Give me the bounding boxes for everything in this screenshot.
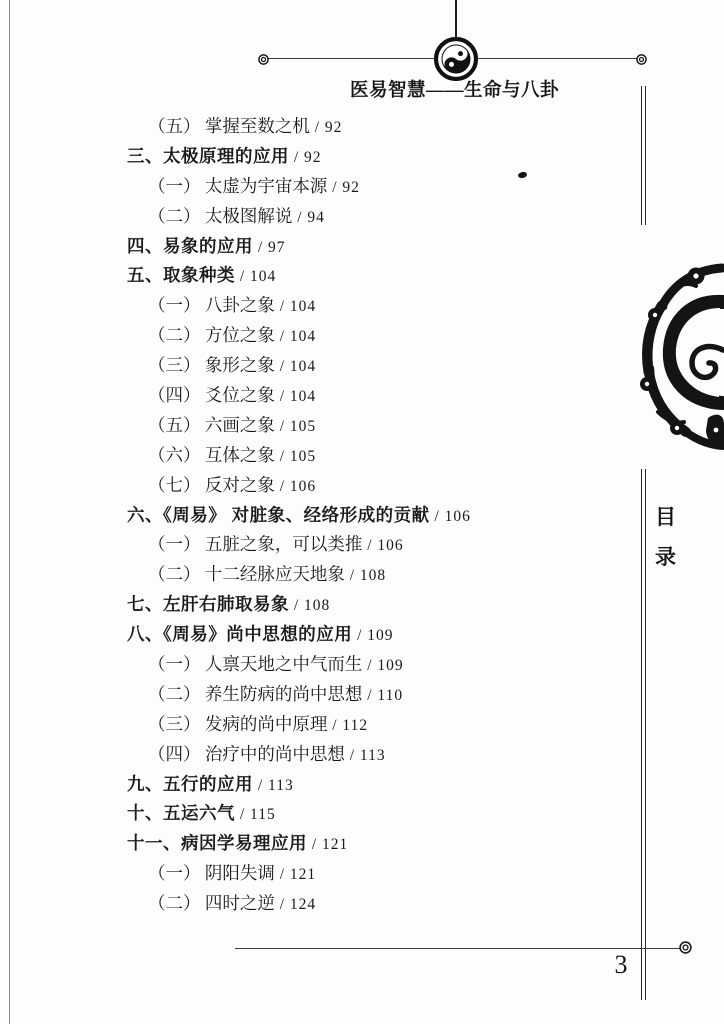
toc-entry: （一） 五脏之象，可以类推 / 106 [0, 530, 610, 560]
toc-entry-label: （二） 太极图解说 [148, 206, 292, 226]
toc-entry-label: （二） 四时之逆 [148, 893, 275, 913]
toc-entry-page: / 106 [362, 537, 403, 554]
toc-entry-page: / 124 [275, 896, 316, 913]
toc-entry-page: / 109 [362, 657, 403, 674]
toc-entry: （三） 象形之象 / 104 [0, 351, 610, 381]
side-label-contents: 目 录 [655, 506, 676, 569]
toc-entry-page: / 108 [345, 567, 386, 584]
toc-entry-page: / 92 [327, 179, 360, 196]
side-label-char: 录 [655, 546, 676, 569]
toc-entry-label: （二） 方位之象 [148, 325, 275, 345]
page-number: 3 [606, 950, 636, 980]
toc-entry-label: （一） 八卦之象 [148, 295, 275, 315]
toc-entry: （七） 反对之象 / 106 [0, 471, 610, 501]
toc-entry-page: / 92 [310, 119, 343, 136]
toc-entry-page: / 105 [275, 418, 316, 435]
toc-entry: 三、太极原理的应用 / 92 [0, 142, 610, 172]
toc-entry-page: / 104 [275, 388, 316, 405]
toc-entry-label: （七） 反对之象 [148, 475, 275, 495]
toc-entry: （五） 掌握至数之机 / 92 [0, 112, 610, 142]
header-stem-line [455, 0, 457, 40]
toc-entry-page: / 108 [289, 597, 330, 614]
toc-entry: （四） 爻位之象 / 104 [0, 381, 610, 411]
toc-entry-page: / 113 [253, 777, 294, 794]
toc-entry-label: （五） 六画之象 [148, 415, 275, 435]
ring-ornament-icon [257, 53, 270, 71]
toc-entry-label: 八、《周易》尚中思想的应用 [127, 624, 352, 644]
toc-entry: （一） 阴阳失调 / 121 [0, 859, 610, 889]
toc-entry-label: （一） 太虚为宇宙本源 [148, 176, 327, 196]
toc-entry-label: （二） 养生防病的尚中思想 [148, 684, 362, 704]
toc-entry: 九、五行的应用 / 113 [0, 770, 610, 800]
toc-entry: （二） 十二经脉应天地象 / 108 [0, 560, 610, 590]
toc-entry-page: / 106 [275, 478, 316, 495]
toc-entry-label: （四） 治疗中的尚中思想 [148, 744, 345, 764]
toc-entry-page: / 97 [253, 239, 286, 256]
toc-entry-page: / 109 [352, 627, 393, 644]
toc-entry-page: / 104 [275, 328, 316, 345]
side-label-char: 目 [655, 506, 676, 529]
toc-entry-label: 四、易象的应用 [127, 236, 253, 256]
toc-entry-label: （三） 发病的尚中原理 [148, 714, 327, 734]
toc-entry-label: 五、取象种类 [127, 265, 235, 285]
toc-entry-page: / 113 [345, 747, 386, 764]
toc-entry-label: 六、《周易》 对脏象、经络形成的贡献 [127, 505, 430, 525]
toc-entry: （二） 养生防病的尚中思想 / 110 [0, 680, 610, 710]
toc-entry: （二） 太极图解说 / 94 [0, 202, 610, 232]
toc-entry-label: （一） 人禀天地之中气而生 [148, 654, 362, 674]
toc-entry: 六、《周易》 对脏象、经络形成的贡献 / 106 [0, 501, 610, 531]
toc-entry-label: （二） 十二经脉应天地象 [148, 564, 345, 584]
toc-entry-page: / 105 [275, 448, 316, 465]
toc-entry: （四） 治疗中的尚中思想 / 113 [0, 740, 610, 770]
toc-entry-label: （六） 互体之象 [148, 445, 275, 465]
toc-entry-label: 七、左肝右肺取易象 [127, 594, 289, 614]
ring-ornament-icon [678, 940, 693, 960]
toc-entry-page: / 115 [235, 806, 276, 823]
toc-entry: （五） 六画之象 / 105 [0, 411, 610, 441]
toc-list: （五） 掌握至数之机 / 92三、太极原理的应用 / 92（一） 太虚为宇宙本源… [0, 112, 610, 919]
toc-entry: 十、五运六气 / 115 [0, 799, 610, 829]
toc-entry: 七、左肝右肺取易象 / 108 [0, 590, 610, 620]
toc-entry: （三） 发病的尚中原理 / 112 [0, 710, 610, 740]
toc-entry: 四、易象的应用 / 97 [0, 232, 610, 262]
toc-entry-page: / 121 [275, 866, 316, 883]
book-page: 医易智慧——生命与八卦 [0, 0, 724, 1024]
toc-entry-page: / 104 [275, 298, 316, 315]
dragon-medallion-icon [636, 252, 724, 457]
toc-entry: 五、取象种类 / 104 [0, 261, 610, 291]
toc-entry: （一） 人禀天地之中气而生 / 109 [0, 650, 610, 680]
toc-entry-page: / 94 [292, 209, 325, 226]
toc-entry-page: / 121 [307, 836, 348, 853]
toc-entry: （二） 方位之象 / 104 [0, 321, 610, 351]
toc-entry-label: 三、太极原理的应用 [127, 146, 289, 166]
margin-double-rule [641, 469, 646, 1000]
toc-entry: （一） 八卦之象 / 104 [0, 291, 610, 321]
toc-entry-page: / 104 [275, 358, 316, 375]
toc-entry-label: （五） 掌握至数之机 [148, 116, 310, 136]
margin-double-rule [641, 86, 646, 225]
toc-entry-page: / 92 [289, 149, 322, 166]
toc-entry-page: / 106 [430, 508, 471, 525]
toc-entry-label: （四） 爻位之象 [148, 385, 275, 405]
toc-entry-label: 九、五行的应用 [127, 774, 253, 794]
toc-entry-page: / 104 [235, 268, 276, 285]
toc-entry: 十一、病因学易理应用 / 121 [0, 829, 610, 859]
toc-entry: （六） 互体之象 / 105 [0, 441, 610, 471]
toc-entry: 八、《周易》尚中思想的应用 / 109 [0, 620, 610, 650]
ring-ornament-icon [635, 53, 648, 71]
toc-entry-label: （一） 五脏之象，可以类推 [148, 534, 362, 554]
toc-entry-page: / 110 [362, 687, 403, 704]
toc-entry-label: 十、五运六气 [127, 803, 235, 823]
footer-rule-line [235, 948, 686, 949]
toc-entry: （二） 四时之逆 / 124 [0, 889, 610, 919]
toc-entry-label: （一） 阴阳失调 [148, 863, 275, 883]
toc-entry-label: （三） 象形之象 [148, 355, 275, 375]
toc-entry-label: 十一、病因学易理应用 [127, 833, 307, 853]
book-title: 医易智慧——生命与八卦 [350, 76, 580, 102]
toc-entry-page: / 112 [327, 717, 368, 734]
